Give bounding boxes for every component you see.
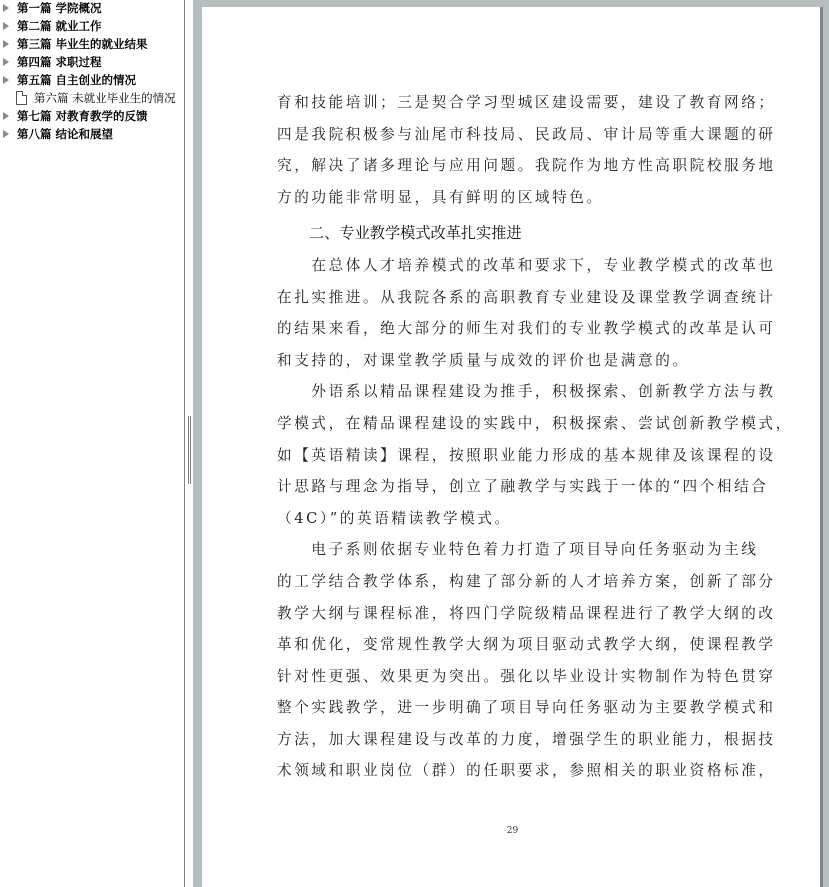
bookmark-label: 第三篇 毕业生的就业结果: [17, 36, 148, 52]
text-line: 方法，加大课程建设与改革的力度，增强学生的职业能力，根据技: [277, 724, 762, 756]
text-line: 术领域和职业岗位（群）的任职要求，参照相关的职业资格标准，: [277, 755, 762, 787]
expand-arrow-icon[interactable]: [3, 112, 9, 120]
splitter-grip-line: [190, 416, 191, 484]
text-line: 和支持的，对课堂教学质量与成效的评价也是满意的。: [277, 345, 762, 377]
bookmark-label: 第五篇 自主创业的情况: [17, 72, 136, 88]
text-line: 针对性更强、效果更为突出。强化以毕业设计实物制作为特色贯穿: [277, 661, 762, 693]
bookmark-item-chapter-7[interactable]: 第七篇 对教育教学的反馈: [0, 108, 184, 126]
text-line: 的结果来看，绝大部分的师生对我们的专业教学模式的改革是认可: [277, 313, 762, 345]
text-line: 计思路与理念为指导，创立了融教学与实践于一体的“四个相结合: [277, 471, 762, 503]
panel-splitter[interactable]: [186, 0, 193, 887]
text-line: 教学大纲与课程标准，将四门学院级精品课程进行了教学大纲的改: [277, 598, 762, 630]
bookmark-label: 第一篇 学院概况: [17, 0, 102, 16]
text-line: 在扎实推进。从我院各系的高职教育专业建设及课堂教学调查统计: [277, 282, 762, 314]
splitter-grip-line: [188, 416, 189, 484]
text-line: 整个实践教学，进一步明确了项目导向任务驱动为主要教学模式和: [277, 692, 762, 724]
document-viewer[interactable]: 育和技能培训；三是契合学习型城区建设需要，建设了教育网络； 四是我院积极参与汕尾…: [193, 0, 829, 887]
bookmark-item-chapter-4[interactable]: 第四篇 求职过程: [0, 54, 184, 72]
text-line: 究，解决了诸多理论与应用问题。我院作为地方性高职院校服务地: [277, 150, 762, 182]
text-line: 革和优化，变常规性教学大纲为项目驱动式教学大纲，使课程教学: [277, 629, 762, 661]
paragraph-1: 育和技能培训；三是契合学习型城区建设需要，建设了教育网络； 四是我院积极参与汕尾…: [277, 87, 762, 213]
text-line: 如【英语精读】课程，按照职业能力形成的基本规律及该课程的设: [277, 440, 762, 472]
bookmark-item-chapter-2[interactable]: 第二篇 就业工作: [0, 18, 184, 36]
bookmark-label: 第二篇 就业工作: [17, 18, 102, 34]
page-content: 育和技能培训；三是契合学习型城区建设需要，建设了教育网络； 四是我院积极参与汕尾…: [277, 87, 762, 787]
text-line: 电子系则依据专业特色着力打造了项目导向任务驱动为主线: [277, 534, 762, 566]
expand-arrow-icon[interactable]: [3, 4, 9, 12]
paragraph-4: 电子系则依据专业特色着力打造了项目导向任务驱动为主线 的工学结合教学体系，构建了…: [277, 534, 762, 787]
text-line: 学模式，在精品课程建设的实践中，积极探索、尝试创新教学模式，: [277, 408, 762, 440]
expand-arrow-icon[interactable]: [3, 76, 9, 84]
document-page: 育和技能培训；三是契合学习型城区建设需要，建设了教育网络； 四是我院积极参与汕尾…: [202, 7, 823, 887]
bookmark-item-chapter-8[interactable]: 第八篇 结论和展望: [0, 126, 184, 144]
text-line: （4C）”的英语精读教学模式。: [277, 503, 762, 535]
text-line: 外语系以精品课程建设为推手，积极探索、创新教学方法与教: [277, 376, 762, 408]
paragraph-2: 在总体人才培养模式的改革和要求下，专业教学模式的改革也 在扎实推进。从我院各系的…: [277, 250, 762, 376]
bookmarks-panel: 第一篇 学院概况 第二篇 就业工作 第三篇 毕业生的就业结果 第四篇 求职过程 …: [0, 0, 185, 887]
bookmark-label: 第六篇 未就业毕业生的情况: [34, 90, 176, 106]
section-heading: 二、专业教学模式改革扎实推进: [277, 218, 762, 250]
document-page-icon: [16, 91, 27, 105]
expand-arrow-icon[interactable]: [3, 58, 9, 66]
page-number: 29: [202, 826, 823, 836]
bookmark-item-chapter-1[interactable]: 第一篇 学院概况: [0, 0, 184, 18]
bookmark-label: 第八篇 结论和展望: [17, 126, 113, 142]
bookmark-label: 第四篇 求职过程: [17, 54, 102, 70]
text-line: 在总体人才培养模式的改革和要求下，专业教学模式的改革也: [277, 250, 762, 282]
expand-arrow-icon[interactable]: [3, 22, 9, 30]
bookmark-label: 第七篇 对教育教学的反馈: [17, 108, 148, 124]
paragraph-3: 外语系以精品课程建设为推手，积极探索、创新教学方法与教 学模式，在精品课程建设的…: [277, 376, 762, 534]
bookmark-item-chapter-5[interactable]: 第五篇 自主创业的情况: [0, 72, 184, 90]
text-line: 的工学结合教学体系，构建了部分新的人才培养方案，创新了部分: [277, 566, 762, 598]
bookmark-item-chapter-6[interactable]: 第六篇 未就业毕业生的情况: [0, 90, 184, 108]
text-line: 方的功能非常明显，具有鲜明的区域特色。: [277, 182, 762, 214]
bookmark-item-chapter-3[interactable]: 第三篇 毕业生的就业结果: [0, 36, 184, 54]
expand-arrow-icon[interactable]: [3, 130, 9, 138]
text-line: 四是我院积极参与汕尾市科技局、民政局、审计局等重大课题的研: [277, 119, 762, 151]
text-line: 育和技能培训；三是契合学习型城区建设需要，建设了教育网络；: [277, 87, 762, 119]
expand-arrow-icon[interactable]: [3, 40, 9, 48]
